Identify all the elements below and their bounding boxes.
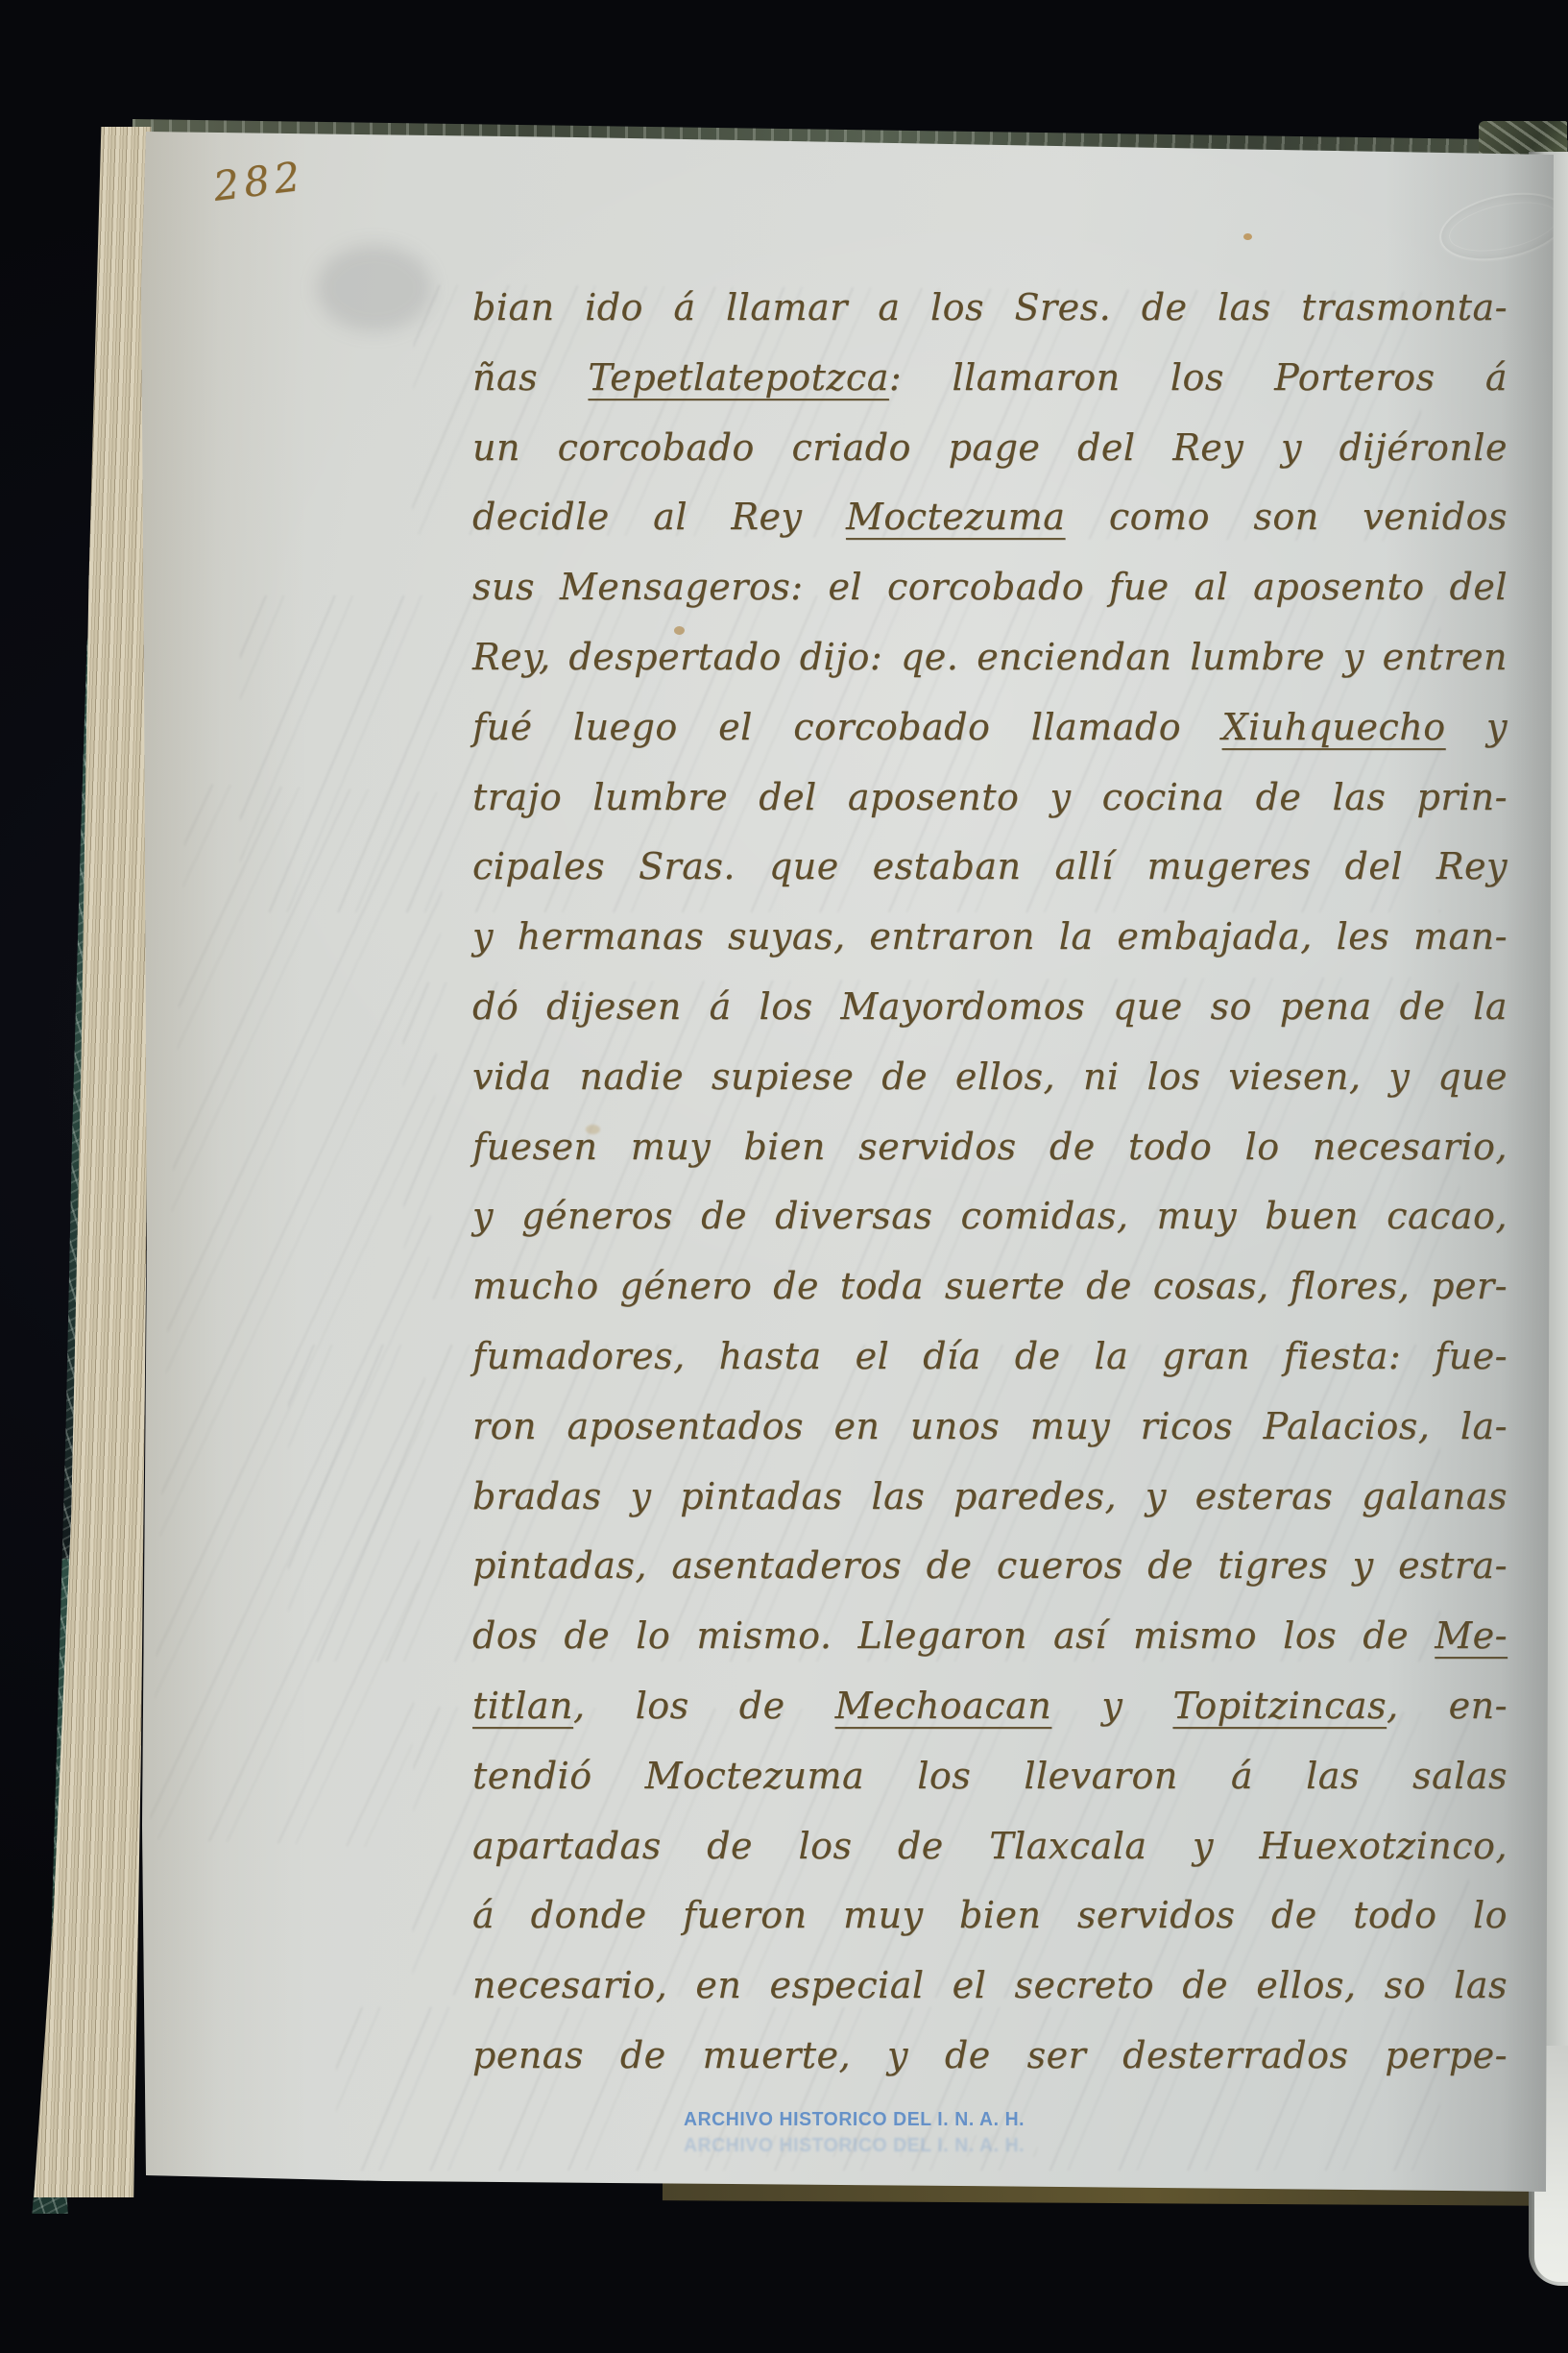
page-shading	[0, 0, 1568, 2353]
manuscript-photo: 282 bian ido á llamar a los Sres. de las…	[0, 0, 1568, 2353]
manuscript-page: 282 bian ido á llamar a los Sres. de las…	[0, 0, 1568, 2353]
